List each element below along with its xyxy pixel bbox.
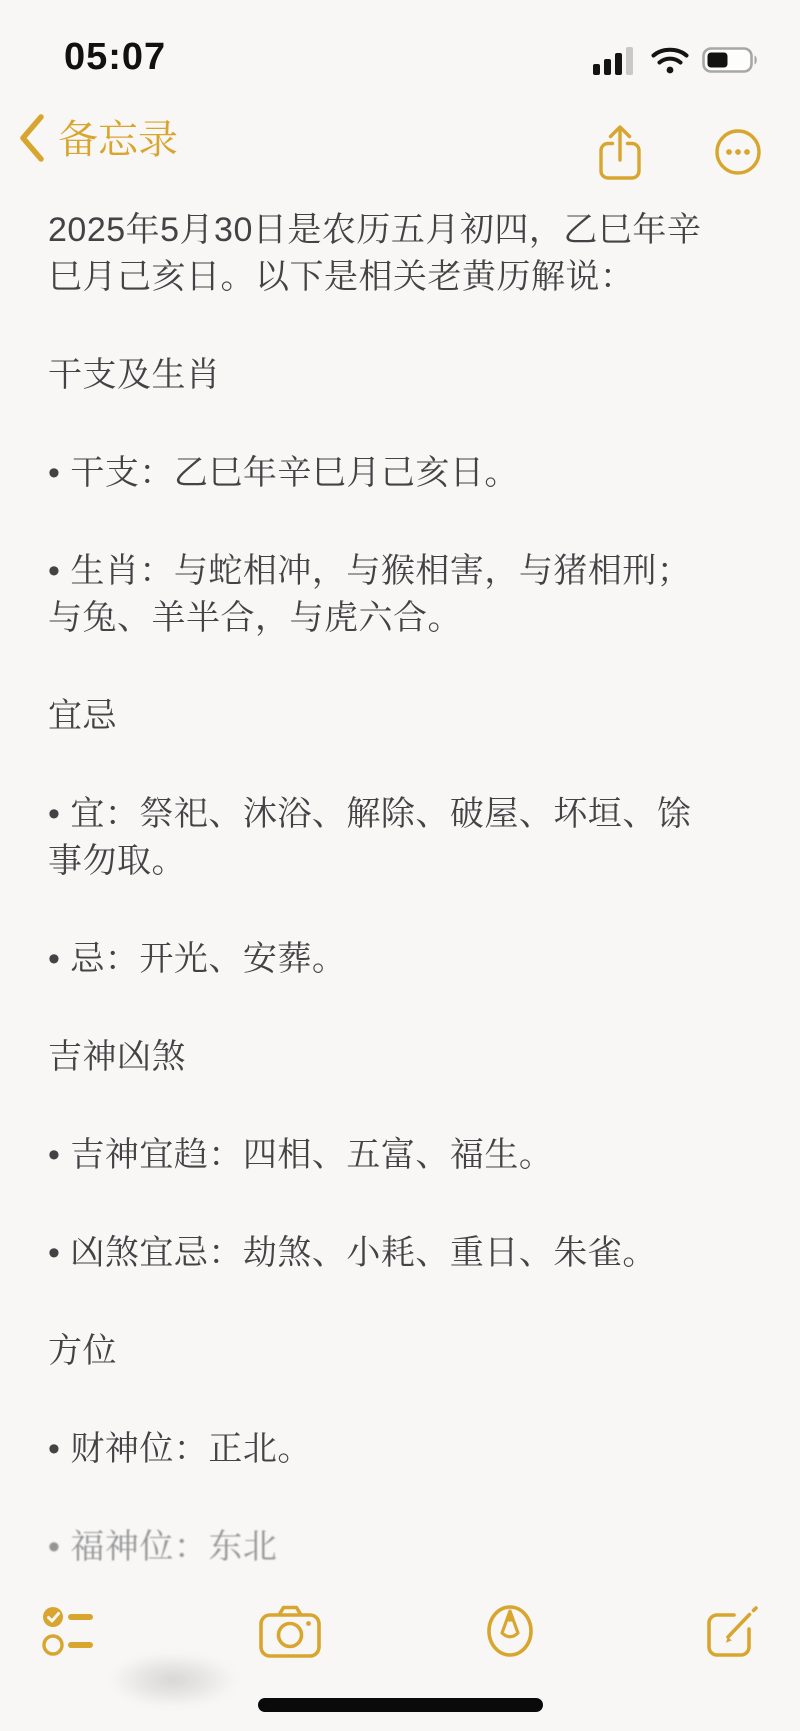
nav-bar: 备忘录 — [0, 100, 800, 188]
checklist-icon — [40, 1601, 98, 1661]
note-bullet: • 干支：乙巳年辛巳月己亥日。 — [48, 450, 718, 497]
note-heading: 方位 — [48, 1328, 718, 1375]
compose-icon — [701, 1601, 761, 1661]
ghost-text-smudge — [108, 1652, 238, 1708]
clock: 05:07 — [64, 36, 166, 79]
home-indicator[interactable] — [258, 1698, 543, 1712]
markup-button[interactable] — [479, 1599, 541, 1663]
camera-icon — [258, 1602, 322, 1660]
share-icon — [596, 122, 644, 182]
note-heading: 宜忌 — [48, 693, 718, 740]
note-bullet: • 凶煞宜忌：劫煞、小耗、重日、朱雀。 — [48, 1230, 718, 1277]
note-bullet: • 宜：祭祀、沐浴、解除、破屋、坏垣、馀事勿取。 — [48, 791, 718, 885]
back-label: 备忘录 — [58, 116, 178, 160]
note-bullet: • 生肖：与蛇相冲，与猴相害，与猪相刑；与兔、羊半合，与虎六合。 — [48, 548, 718, 642]
share-button[interactable] — [596, 122, 644, 182]
note-heading: 吉神凶煞 — [48, 1034, 718, 1081]
note-heading: 干支及生肖 — [48, 352, 718, 399]
compose-button[interactable] — [700, 1599, 762, 1663]
note-paragraph: 2025年5月30日是农历五月初四，乙巳年辛巳月己亥日。以下是相关老黄历解说： — [48, 207, 718, 301]
back-button[interactable]: 备忘录 — [16, 110, 178, 166]
note-bullet: • 财神位：正北。 — [48, 1426, 718, 1473]
wifi-icon — [650, 45, 690, 75]
camera-button[interactable] — [259, 1599, 321, 1663]
chevron-left-icon — [16, 110, 46, 166]
note-bullet: • 忌：开光、安葬。 — [48, 936, 718, 983]
note-bullet-clipped: • 福神位：东北 — [48, 1524, 718, 1571]
markup-pen-icon — [482, 1601, 538, 1661]
ellipsis-circle-icon — [714, 128, 762, 176]
cellular-signal-icon — [592, 44, 638, 76]
note-editor[interactable]: 2025年5月30日是农历五月初四，乙巳年辛巳月己亥日。以下是相关老黄历解说： … — [0, 207, 800, 1573]
battery-icon — [702, 45, 760, 75]
note-bullet: • 吉神宜趋：四相、五富、福生。 — [48, 1132, 718, 1179]
more-button[interactable] — [714, 128, 762, 176]
checklist-button[interactable] — [38, 1599, 100, 1663]
status-bar: 05:07 — [0, 0, 800, 96]
